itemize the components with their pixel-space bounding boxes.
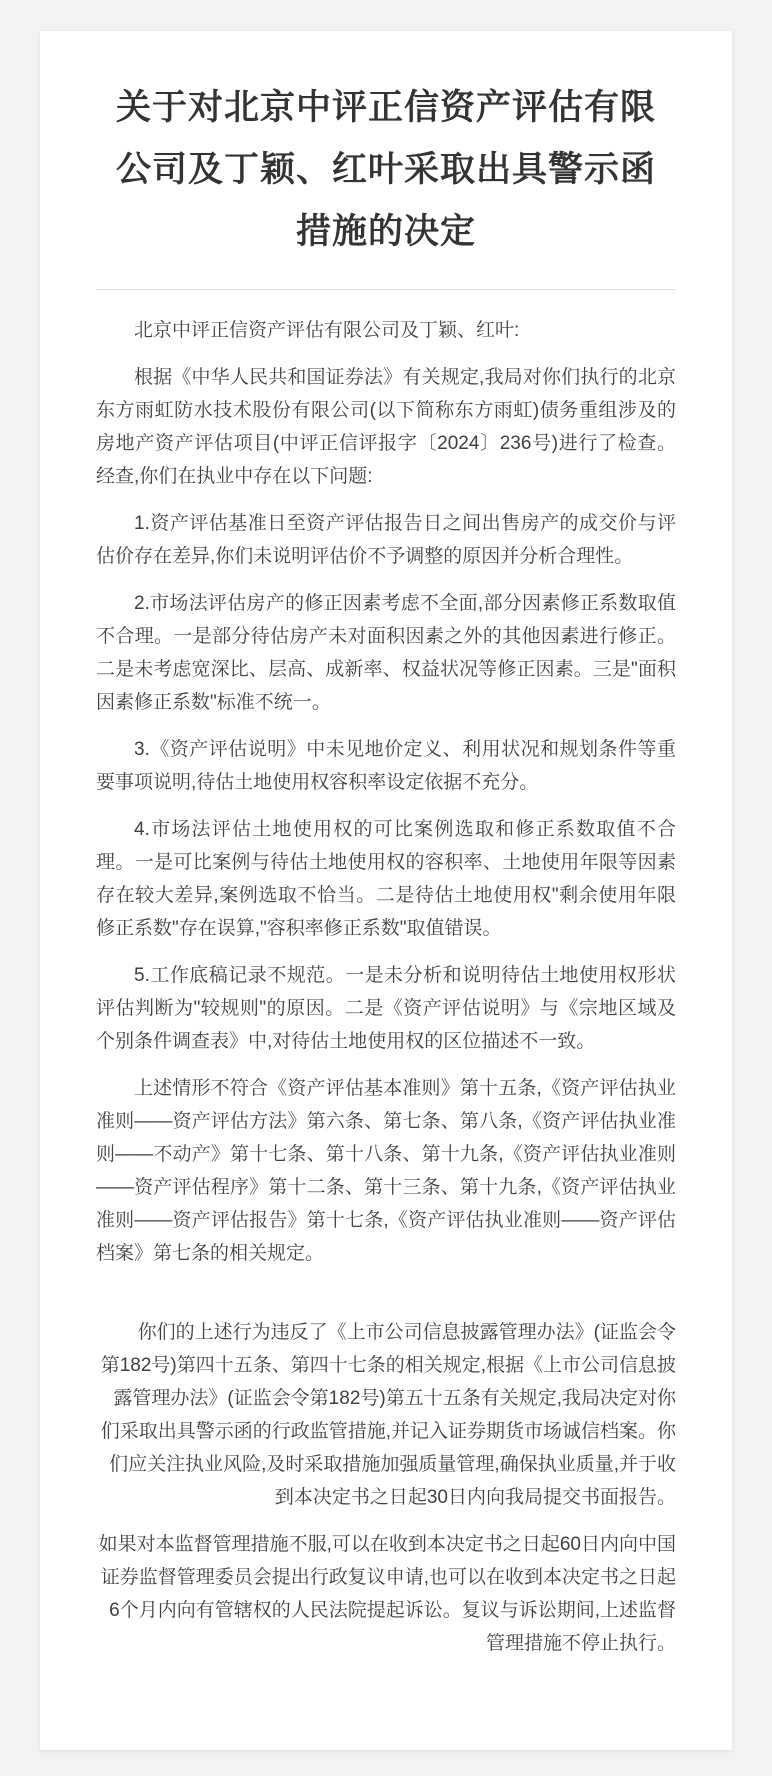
issue-item-4: 4.市场法评估土地使用权的可比案例选取和修正系数取值不合理。一是可比案例与待估土…: [96, 813, 676, 945]
document-body: 北京中评正信资产评估有限公司及丁颖、红叶: 根据《中华人民共和国证券法》有关规定…: [96, 314, 676, 1660]
document-card: 关于对北京中评正信资产评估有限公司及丁颖、红叶采取出具警示函措施的决定 北京中评…: [40, 31, 732, 1750]
salutation: 北京中评正信资产评估有限公司及丁颖、红叶:: [96, 314, 676, 347]
legal-basis-paragraph: 上述情形不符合《资产评估基本准则》第十五条,《资产评估执业准则——资产评估方法》…: [96, 1072, 676, 1270]
intro-paragraph: 根据《中华人民共和国证券法》有关规定,我局对你们执行的北京东方雨虹防水技术股份有…: [96, 361, 676, 493]
issue-item-1: 1.资产评估基准日至资产评估报告日之间出售房产的成交价与评估价存在差异,你们未说…: [96, 507, 676, 573]
appeal-paragraph: 如果对本监督管理措施不服,可以在收到本决定书之日起60日内向中国证券监督管理委员…: [96, 1528, 676, 1660]
document-title: 关于对北京中评正信资产评估有限公司及丁颖、红叶采取出具警示函措施的决定: [102, 77, 670, 263]
issue-item-3: 3.《资产评估说明》中未见地价定义、利用状况和规划条件等重要事项说明,待估土地使…: [96, 733, 676, 799]
issue-item-2: 2.市场法评估房产的修正因素考虑不全面,部分因素修正系数取值不合理。一是部分待估…: [96, 587, 676, 719]
title-divider: [96, 289, 676, 290]
page-background: 关于对北京中评正信资产评估有限公司及丁颖、红叶采取出具警示函措施的决定 北京中评…: [0, 31, 772, 1750]
decision-paragraph: 你们的上述行为违反了《上市公司信息披露管理办法》(证监会令第182号)第四十五条…: [96, 1316, 676, 1514]
issue-item-5: 5.工作底稿记录不规范。一是未分析和说明待估土地使用权形状评估判断为"较规则"的…: [96, 959, 676, 1058]
